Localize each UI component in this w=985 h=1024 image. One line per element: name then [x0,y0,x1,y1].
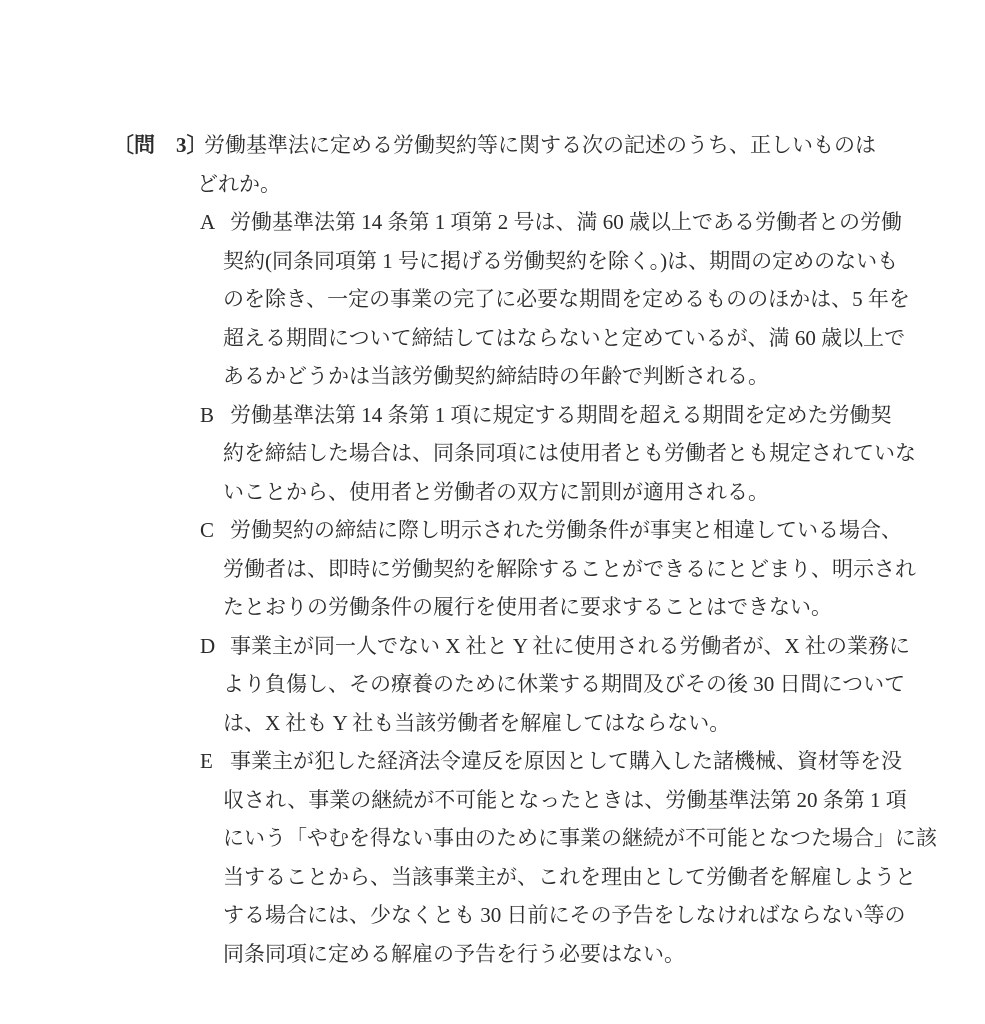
option-line: あるかどうかは当該労働契約締結時の年齢で判断される。 [223,357,876,396]
question: 〔問3〕 労働基準法に定める労働契約等に関する次の記述のうち、正しいものはどれか… [197,126,876,203]
option-line: 約を締結した場合は、同条同項には使用者とも労働者とも規定されていな [223,434,876,473]
option-line: 当することから、当該事業主が、これを理由として労働者を解雇しようと [223,858,876,897]
option-line: 事業主が犯した経済法令違反を原因として購入した諸機械、資材等を没 [223,742,876,781]
option-letter: B [200,396,214,435]
option-line: 事業主が同一人でない X 社と Y 社に使用される労働者が、X 社の業務に [223,627,876,666]
option-letter: E [200,742,213,781]
question-number-value: 3〕 [176,133,208,157]
exam-question-block: 〔問3〕 労働基準法に定める労働契約等に関する次の記述のうち、正しいものはどれか… [0,126,985,973]
option-line: する場合には、少なくとも 30 日前にその予告をしなければならない等の [223,896,876,935]
option-B: B労働基準法第 14 条第 1 項に規定する期間を超える期間を定めた労働契約を締… [223,396,876,512]
option-line: 労働者は、即時に労働契約を解除することができるにとどまり、明示され [223,550,876,589]
option-line: いことから、使用者と労働者の双方に罰則が適用される。 [223,473,876,512]
option-letter: A [200,203,215,242]
option-line: たとおりの労働条件の履行を使用者に要求することはできない。 [223,588,876,627]
question-line: 労働基準法に定める労働契約等に関する次の記述のうち、正しいものは [197,126,876,165]
options-list: A労働基準法第 14 条第 1 項第 2 号は、満 60 歳以上である労働者との… [0,203,985,973]
option-A: A労働基準法第 14 条第 1 項第 2 号は、満 60 歳以上である労働者との… [223,203,876,396]
option-D: D事業主が同一人でない X 社と Y 社に使用される労働者が、X 社の業務により… [223,627,876,743]
option-E: E事業主が犯した経済法令違反を原因として購入した諸機械、資材等を没収され、事業の… [223,742,876,973]
exam-page: 〔問3〕 労働基準法に定める労働契約等に関する次の記述のうち、正しいものはどれか… [0,0,985,1024]
question-number: 〔問3〕 [113,126,208,165]
option-line: のを除き、一定の事業の完了に必要な期間を定めるもののほかは、5 年を [223,280,876,319]
option-line: より負傷し、その療養のために休業する期間及びその後 30 日間について [223,665,876,704]
option-letter: D [200,627,215,666]
option-line: 労働契約の締結に際し明示された労働条件が事実と相違している場合、 [223,511,876,550]
option-line: 契約(同条同項第 1 号に掲げる労働契約を除く。)は、期間の定めのないも [223,242,876,281]
option-line: 労働基準法第 14 条第 1 項第 2 号は、満 60 歳以上である労働者との労… [223,203,876,242]
option-letter: C [200,511,214,550]
option-line: 同条同項に定める解雇の予告を行う必要はない。 [223,935,876,974]
question-line: どれか。 [197,165,876,204]
option-line: にいう「やむを得ない事由のために事業の継続が不可能となつた場合」に該 [223,819,876,858]
question-number-bracket: 〔問 [113,133,155,157]
question-text: 労働基準法に定める労働契約等に関する次の記述のうち、正しいものはどれか。 [197,126,876,203]
option-C: C労働契約の締結に際し明示された労働条件が事実と相違している場合、労働者は、即時… [223,511,876,627]
option-line: 収され、事業の継続が不可能となったときは、労働基準法第 20 条第 1 項 [223,781,876,820]
option-line: 超える期間について締結してはならないと定めているが、満 60 歳以上で [223,319,876,358]
option-line: は、X 社も Y 社も当該労働者を解雇してはならない。 [223,704,876,743]
option-line: 労働基準法第 14 条第 1 項に規定する期間を超える期間を定めた労働契 [223,396,876,435]
